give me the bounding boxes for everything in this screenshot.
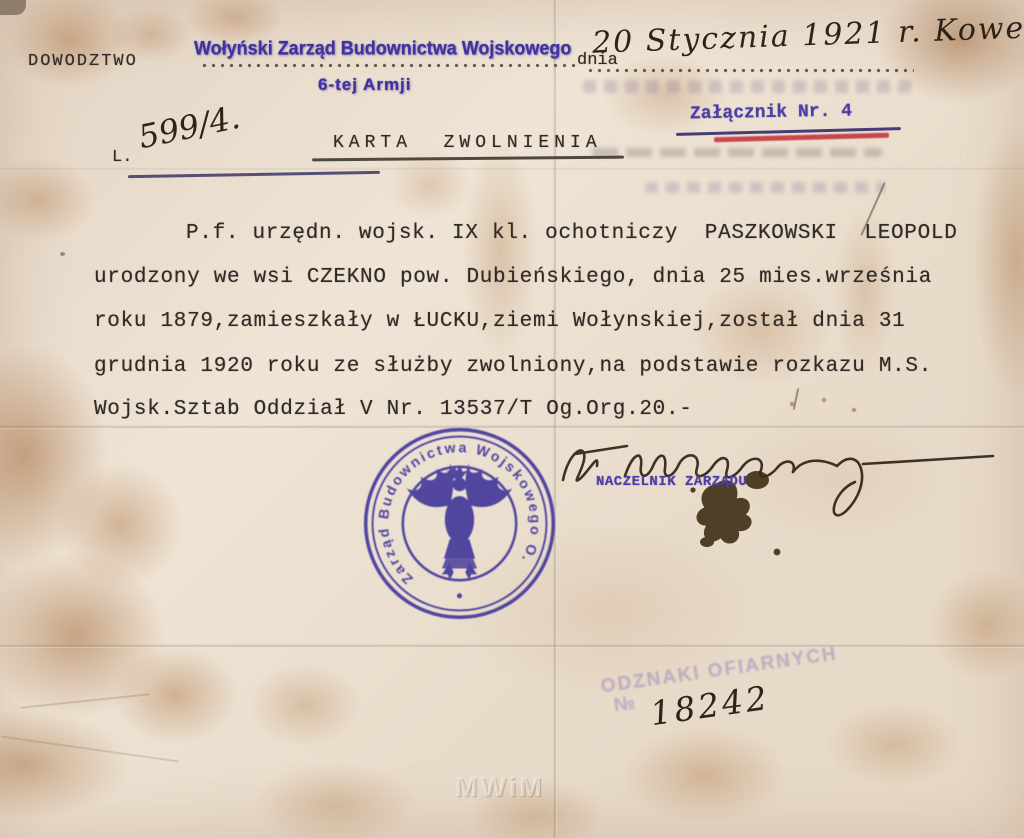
number-sign-stamp: № xyxy=(613,693,637,718)
horizontal-fold-crease-2 xyxy=(0,644,1024,648)
bleedthrough-text-1 xyxy=(583,80,913,93)
official-round-seal: Zarząd Budownictwa Wojskowego O. xyxy=(352,416,567,631)
crease-scratch-1 xyxy=(20,693,149,708)
body-line-2: urodzony we wsi CZEKNO pow. Dubieńskiego… xyxy=(94,266,932,289)
body-line-3: roku 1879,zamieszkały w ŁUCKU,ziemi Woły… xyxy=(94,310,905,333)
army-stamp: 6-tej Armji xyxy=(318,75,412,95)
attachment-number-stamp: Załącznik Nr. 4 xyxy=(690,102,852,125)
reference-prefix: L. xyxy=(112,148,132,167)
reference-underline xyxy=(128,171,380,178)
horizontal-crease-faint xyxy=(0,167,1024,171)
museum-watermark: MWiM xyxy=(455,772,545,803)
document-page: DOWODZTWO Wołyński Zarząd Budownictwa Wo… xyxy=(0,0,1024,838)
bleedthrough-text-3 xyxy=(645,182,885,193)
signature-handwriting xyxy=(545,420,1015,570)
pen-scratch-2 xyxy=(793,388,800,410)
issuer-label: DOWODZTWO xyxy=(28,52,138,71)
chief-title-stamp: NACZELNIK ZARZĄDU xyxy=(596,474,747,490)
ink-speck xyxy=(60,252,65,256)
unit-name-stamp: Wołyński Zarząd Budownictwa Wojskowego xyxy=(194,37,571,60)
body-line-4: grudnia 1920 roku ze służby zwolniony,na… xyxy=(94,355,932,378)
dotted-line-date xyxy=(586,68,914,73)
corner-damage xyxy=(0,0,26,15)
crease-scratch-2 xyxy=(1,735,179,762)
dotted-line-header xyxy=(200,63,578,68)
eagle-emblem xyxy=(407,463,513,580)
handwritten-reference-number: 599/4. xyxy=(135,98,243,156)
title-underline xyxy=(312,156,624,161)
handwritten-date: 20 Stycznia 1921 r. Kowel xyxy=(592,10,1024,61)
body-line-1: P.f. urzędn. wojsk. IX kl. ochotniczy PA… xyxy=(186,222,958,245)
document-title: KARTA ZWOLNIENIA xyxy=(333,133,602,153)
bleedthrough-text-2 xyxy=(592,148,882,157)
